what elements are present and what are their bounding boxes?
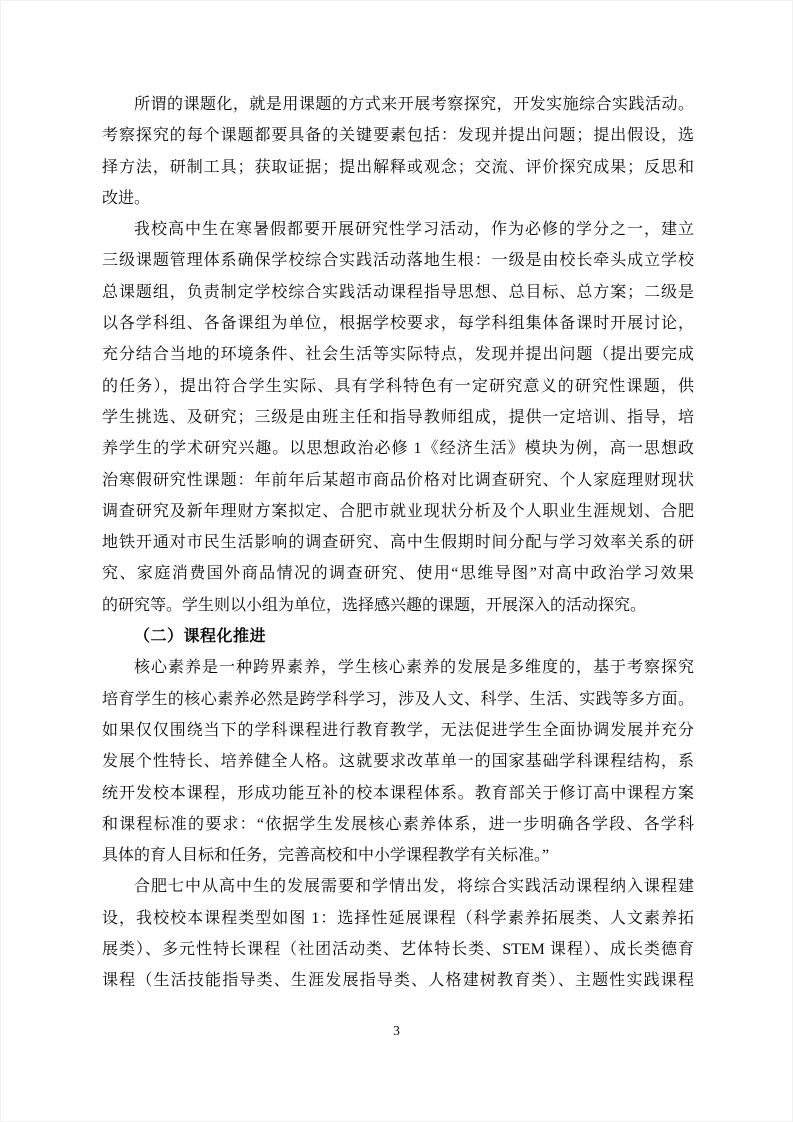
paragraph: 所谓的课题化，就是用课题的方式来开展考察探究，开发实施综合实践活动。考察探究的每… [102, 89, 694, 214]
text-line: 核心素养是一种跨界素养，学生核心素养的发展是多维度的，基于考察探究 [102, 652, 694, 683]
text-line: 充分结合当地的环境条件、社会生活等实际特点，发现并提出问题（提出要完成 [102, 339, 694, 370]
paragraph: 我校高中生在寒暑假都要开展研究性学习活动，作为必修的学分之一，建立三级课题管理体… [102, 214, 694, 621]
section-heading: （二）课程化推进 [102, 621, 694, 652]
text-line: 设，我校校本课程类型如图 1：选择性延展课程（科学素养拓展类、人文素养拓 [102, 903, 694, 934]
text-line: 考察探究的每个课题都要具备的关键要素包括：发现并提出问题；提出假设，选 [102, 120, 694, 151]
text-line: 发展个性特长、培养健全人格。这就要求改革单一的国家基础学科课程结构，系 [102, 746, 694, 777]
text-line: 改进。 [102, 183, 694, 214]
text-line: 养学生的学术研究兴趣。以思想政治必修 1《经济生活》模块为例，高一思想政 [102, 433, 694, 464]
text-line: 和课程标准的要求：“依据学生发展核心素养体系，进一步明确各学段、各学科 [102, 809, 694, 840]
page-footer: 3 [0, 1022, 793, 1040]
text-line: 课程（生活技能指导类、生涯发展指导类、人格建树教育类）、主题性实践课程 [102, 965, 694, 996]
paragraph: 合肥七中从高中生的发展需要和学情出发，将综合实践活动课程纳入课程建设，我校校本课… [102, 871, 694, 996]
text-line: 展类）、多元性特长课程（社团活动类、艺体特长类、STEM 课程）、成长类德育 [102, 934, 694, 965]
text-line: 三级课题管理体系确保学校综合实践活动落地生根：一级是由校长牵头成立学校 [102, 245, 694, 276]
page-number: 3 [393, 1023, 400, 1038]
text-line: 治寒假研究性课题：年前年后某超市商品价格对比调查研究、个人家庭理财现状 [102, 465, 694, 496]
text-line: 以各学科组、各备课组为单位，根据学校要求，每学科组集体备课时开展讨论， [102, 308, 694, 339]
text-line: 地铁开通对市民生活影响的调查研究、高中生假期时间分配与学习效率关系的研 [102, 527, 694, 558]
document-body: 所谓的课题化，就是用课题的方式来开展考察探究，开发实施综合实践活动。考察探究的每… [102, 89, 694, 997]
text-line: （二）课程化推进 [102, 621, 694, 652]
text-line: 合肥七中从高中生的发展需要和学情出发，将综合实践活动课程纳入课程建 [102, 871, 694, 902]
text-line: 学生挑选、及研究；三级是由班主任和指导教师组成，提供一定培训、指导，培 [102, 402, 694, 433]
text-line: 如果仅仅围绕当下的学科课程进行教育教学，无法促进学生全面协调发展并充分 [102, 715, 694, 746]
text-line: 所谓的课题化，就是用课题的方式来开展考察探究，开发实施综合实践活动。 [102, 89, 694, 120]
text-line: 的任务），提出符合学生实际、具有学科特色有一定研究意义的研究性课题，供 [102, 371, 694, 402]
text-line: 择方法，研制工具；获取证据；提出解释或观念；交流、评价探究成果；反思和 [102, 152, 694, 183]
paragraph: 核心素养是一种跨界素养，学生核心素养的发展是多维度的，基于考察探究培育学生的核心… [102, 652, 694, 871]
text-line: 究、家庭消费国外商品情况的调查研究、使用“思维导图”对高中政治学习效果 [102, 558, 694, 589]
text-line: 统开发校本课程，形成功能互补的校本课程体系。教育部关于修订高中课程方案 [102, 778, 694, 809]
text-line: 我校高中生在寒暑假都要开展研究性学习活动，作为必修的学分之一，建立 [102, 214, 694, 245]
text-line: 的研究等。学生则以小组为单位，选择感兴趣的课题，开展深入的活动探究。 [102, 590, 694, 621]
document-page: 所谓的课题化，就是用课题的方式来开展考察探究，开发实施综合实践活动。考察探究的每… [0, 0, 793, 1122]
text-line: 调查研究及新年理财方案拟定、合肥市就业现状分析及个人职业生涯规划、合肥 [102, 496, 694, 527]
text-line: 培育学生的核心素养必然是跨学科学习，涉及人文、科学、生活、实践等多方面。 [102, 684, 694, 715]
text-line: 总课题组，负责制定学校综合实践活动课程指导思想、总目标、总方案；二级是 [102, 277, 694, 308]
text-line: 具体的育人目标和任务，完善高校和中小学课程教学有关标准。” [102, 840, 694, 871]
